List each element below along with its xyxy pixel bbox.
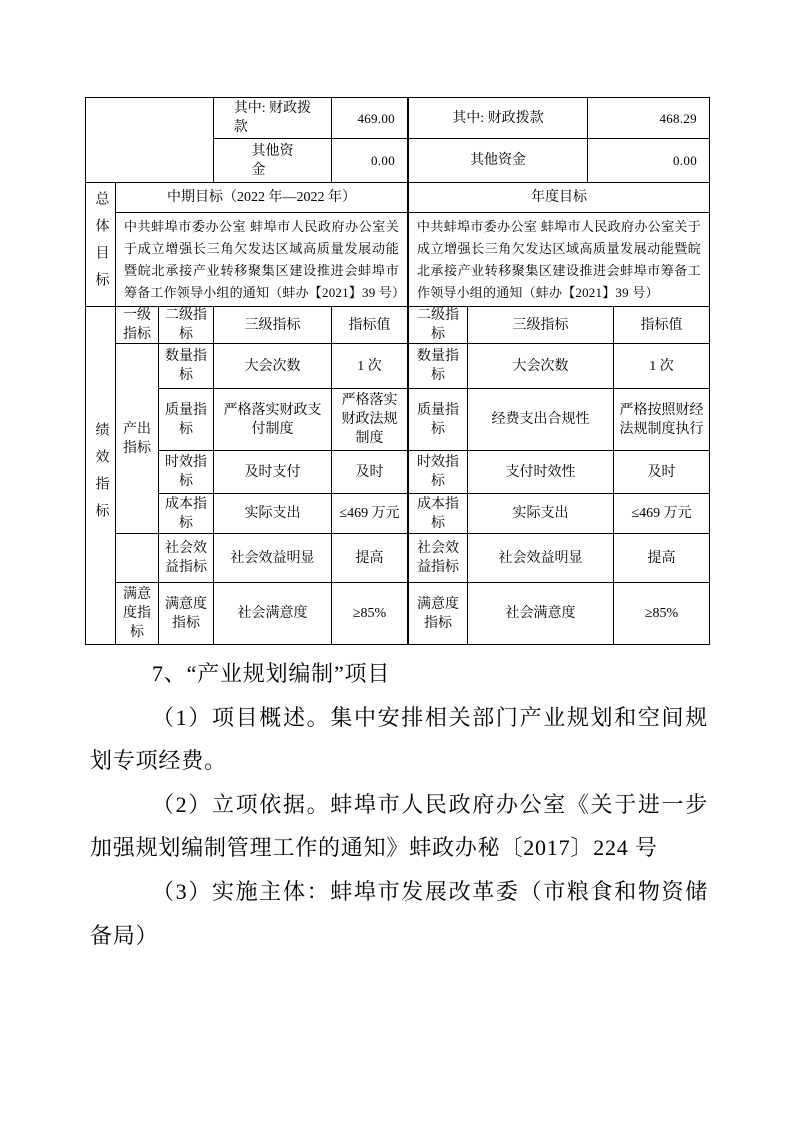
indicator-cell: 支付时效性	[468, 451, 614, 494]
paragraph-project-basis: （2）立项依据。蚌埠市人民政府办公室《关于进一步加强规划编制管理工作的通知》蚌政…	[90, 783, 708, 870]
label-line: 金	[252, 161, 294, 180]
funding-left-allocation-value: 469.00	[332, 98, 409, 139]
indicator-cell: ≥85%	[332, 583, 409, 644]
indicator-cell: 社会效益指标	[409, 534, 468, 583]
paragraph-project-overview: （1）项目概述。集中安排相关部门产业规划和空间规划专项经费。	[90, 696, 708, 783]
indicator-cell: 社会效益指标	[159, 534, 214, 583]
indicator-cell: ≤469 万元	[332, 494, 409, 534]
col-header-value: 指标值	[332, 307, 409, 344]
indicators-row-header: 绩效指标	[86, 307, 116, 644]
indicators-section: 绩效指标 一级指标 二级指标 三级指标 指标值 二级指标 三级指标 指标值 产出…	[86, 307, 709, 644]
label-line: 款	[234, 118, 311, 137]
funding-right-allocation-label: 其中: 财政拨款	[409, 98, 588, 139]
indicator-cell: 大会次数	[468, 344, 614, 389]
paragraph-project-implementer: （3）实施主体：蚌埠市发展改革委（市粮食和物资储备局）	[90, 870, 708, 957]
indicator-cell: 满意度指标	[159, 583, 214, 644]
funding-empty-cell	[86, 98, 214, 183]
indicator-cell: 严格按照财经法规制度执行	[614, 389, 709, 451]
col-header-level2: 二级指标	[159, 307, 214, 344]
indicator-cell: 1 次	[332, 344, 409, 389]
mid-term-goal-header: 中期目标（2022 年—2022 年）	[116, 183, 409, 213]
annual-goal-content: 中共蚌埠市委办公室 蚌埠市人民政府办公室关于成立增强长三角欠发达区域高质量发展动…	[409, 213, 709, 307]
indicator-cell: 满意度指标	[409, 583, 468, 644]
indicator-cell: ≥85%	[614, 583, 709, 644]
label-line: 其他资	[252, 142, 294, 161]
indicator-cell: 社会满意度	[468, 583, 614, 644]
indicator-cell: 及时	[332, 451, 409, 494]
indicator-cell: 实际支出	[214, 494, 332, 534]
funding-left-allocation-label: 其中: 财政拨 款	[214, 98, 332, 139]
indicator-cell: 时效指标	[159, 451, 214, 494]
paragraph-project-title: 7、“产业规划编制”项目	[90, 652, 708, 696]
indicator-cell: 1 次	[614, 344, 709, 389]
indicator-cell: 严格落实财政支付制度	[214, 389, 332, 451]
indicator-cell: 成本指标	[159, 494, 214, 534]
funding-left-other-value: 0.00	[332, 139, 409, 183]
col-header-level2-right: 二级指标	[409, 307, 468, 344]
col-header-level3-right: 三级指标	[468, 307, 614, 344]
indicator-cell: 经费支出合规性	[468, 389, 614, 451]
indicators-label: 绩效指标	[94, 422, 108, 530]
funding-right-other-value: 0.00	[588, 139, 709, 183]
level1-satisfaction-cell: 满意度指标	[116, 583, 159, 644]
body-text: 7、“产业规划编制”项目 （1）项目概述。集中安排相关部门产业规划和空间规划专项…	[90, 652, 708, 957]
indicator-cell: 提高	[614, 534, 709, 583]
funding-right-allocation-value: 468.29	[588, 98, 709, 139]
performance-table: 其中: 财政拨 款 469.00 其中: 财政拨款 468.29 其他资 金 0…	[85, 97, 710, 645]
indicator-cell: 大会次数	[214, 344, 332, 389]
indicator-cell: 社会效益明显	[468, 534, 614, 583]
indicator-cell: 成本指标	[409, 494, 468, 534]
funding-left-other-label: 其他资 金	[214, 139, 332, 183]
indicator-cell: 实际支出	[468, 494, 614, 534]
indicator-cell: 时效指标	[409, 451, 468, 494]
indicator-cell: 质量指标	[409, 389, 468, 451]
overall-goals-row-header: 总体目标	[86, 183, 116, 307]
indicator-cell: 数量指标	[409, 344, 468, 389]
indicator-cell: 严格落实财政法规制度	[332, 389, 409, 451]
indicator-cell: 社会满意度	[214, 583, 332, 644]
col-header-level3: 三级指标	[214, 307, 332, 344]
indicator-cell: 及时支付	[214, 451, 332, 494]
col-header-level1: 一级指标	[116, 307, 159, 344]
indicator-cell: 社会效益明显	[214, 534, 332, 583]
funding-section: 其中: 财政拨 款 469.00 其中: 财政拨款 468.29 其他资 金 0…	[86, 98, 709, 183]
level1-output-cell: 产出指标	[116, 344, 159, 534]
annual-goal-header: 年度目标	[409, 183, 709, 213]
indicator-cell: 提高	[332, 534, 409, 583]
indicator-cell: ≤469 万元	[614, 494, 709, 534]
mid-term-goal-content: 中共蚌埠市委办公室 蚌埠市人民政府办公室关于成立增强长三角欠发达区域高质量发展动…	[116, 213, 409, 307]
overall-goals-label: 总体目标	[94, 191, 108, 299]
indicator-cell: 及时	[614, 451, 709, 494]
col-header-value-right: 指标值	[614, 307, 709, 344]
indicator-cell: 质量指标	[159, 389, 214, 451]
indicator-cell: 数量指标	[159, 344, 214, 389]
document-page: 其中: 财政拨 款 469.00 其中: 财政拨款 468.29 其他资 金 0…	[0, 0, 793, 1122]
funding-right-other-label: 其他资金	[409, 139, 588, 183]
level1-benefit-cell	[116, 534, 159, 583]
label-line: 其中: 财政拨	[234, 99, 311, 118]
overall-goals-section: 总体目标 中期目标（2022 年—2022 年） 年度目标 中共蚌埠市委办公室 …	[86, 183, 709, 307]
